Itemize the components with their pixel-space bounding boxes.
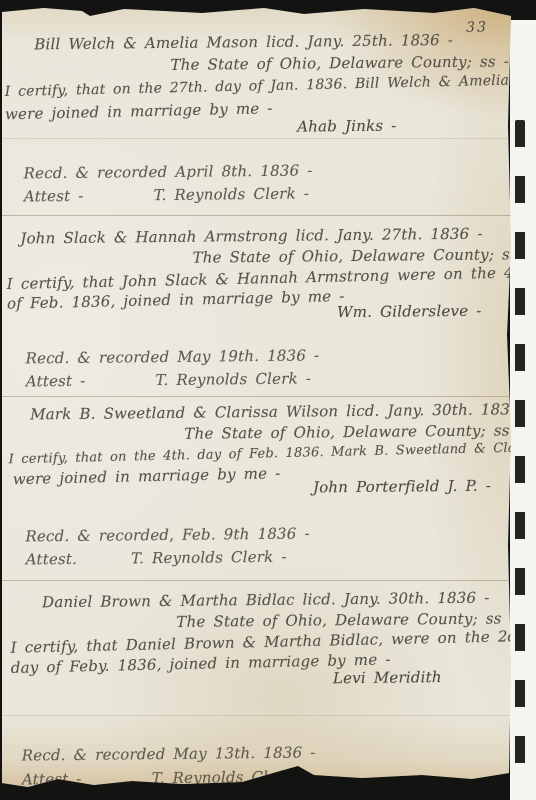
- entry-header: John Slack & Hannah Armstrong licd. Jany…: [20, 225, 482, 248]
- ledger-paper: 33 Bill Welch & Amelia Mason licd. Jany.…: [2, 5, 512, 792]
- recorded-line: Recd. & recorded May 13th. 1836 -: [22, 743, 316, 764]
- officiant-signature: John Porterfield J. P. -: [313, 477, 491, 497]
- officiant-signature: Ahab Jinks -: [297, 117, 396, 136]
- officiant-signature: Levi Meridith: [333, 668, 442, 687]
- clerk-signature: T. Reynolds Clerk -: [153, 184, 309, 204]
- certify-line-1: I certify, that on the 4th. day of Feb. …: [8, 439, 536, 467]
- attest-line: Attest -T. Reynolds Clerk -: [26, 369, 311, 390]
- state-county-line: The State of Ohio, Delaware County; ss -: [170, 52, 509, 74]
- attest-label: Attest -: [22, 770, 82, 789]
- entry-header: Daniel Brown & Martha Bidlac licd. Jany.…: [42, 589, 490, 612]
- state-county-line: The State of Ohio, Delaware County; ss -: [184, 421, 523, 443]
- page-number: 33: [466, 20, 488, 36]
- attest-line: Attest -T. Reynolds Clerk -: [24, 184, 309, 205]
- attest-label: Attest.: [26, 550, 78, 569]
- entry-header: Mark B. Sweetland & Clarissa Wilson licd…: [30, 400, 520, 423]
- officiant-signature: Wm. Gildersleve -: [337, 302, 482, 322]
- attest-line: Attest.T. Reynolds Clerk -: [26, 548, 287, 569]
- certify-line-2: were joined in marriage by me -: [13, 464, 281, 488]
- recorded-line: Recd. & recorded, Feb. 9th 1836 -: [25, 524, 309, 545]
- scanned-ledger-page: 33 Bill Welch & Amelia Mason licd. Jany.…: [0, 0, 536, 800]
- recorded-line: Recd. & recorded May 19th. 1836 -: [25, 346, 319, 367]
- binding-stitch-marks: [515, 120, 525, 786]
- entry-header: Bill Welch & Amelia Mason licd. Jany. 25…: [34, 31, 453, 53]
- certify-line-2: were joined in marriage by me -: [5, 99, 273, 123]
- certify-line-1: I certify, that on the 27th. day of Jan.…: [5, 71, 536, 100]
- clerk-signature: T. Reynolds Clerk -: [155, 369, 311, 389]
- backing-page-edge: [510, 20, 536, 800]
- clerk-signature: T. Reynolds Clerk -: [131, 548, 287, 568]
- attest-label: Attest -: [26, 372, 86, 391]
- attest-label: Attest -: [24, 187, 84, 206]
- attest-line: Attest -T. Reynolds Clerk -: [22, 767, 307, 788]
- recorded-line: Recd. & recorded April 8th. 1836 -: [24, 161, 313, 182]
- handwritten-content: 33 Bill Welch & Amelia Mason licd. Jany.…: [0, 2, 516, 794]
- clerk-signature: T. Reynolds Clerk -: [152, 767, 308, 787]
